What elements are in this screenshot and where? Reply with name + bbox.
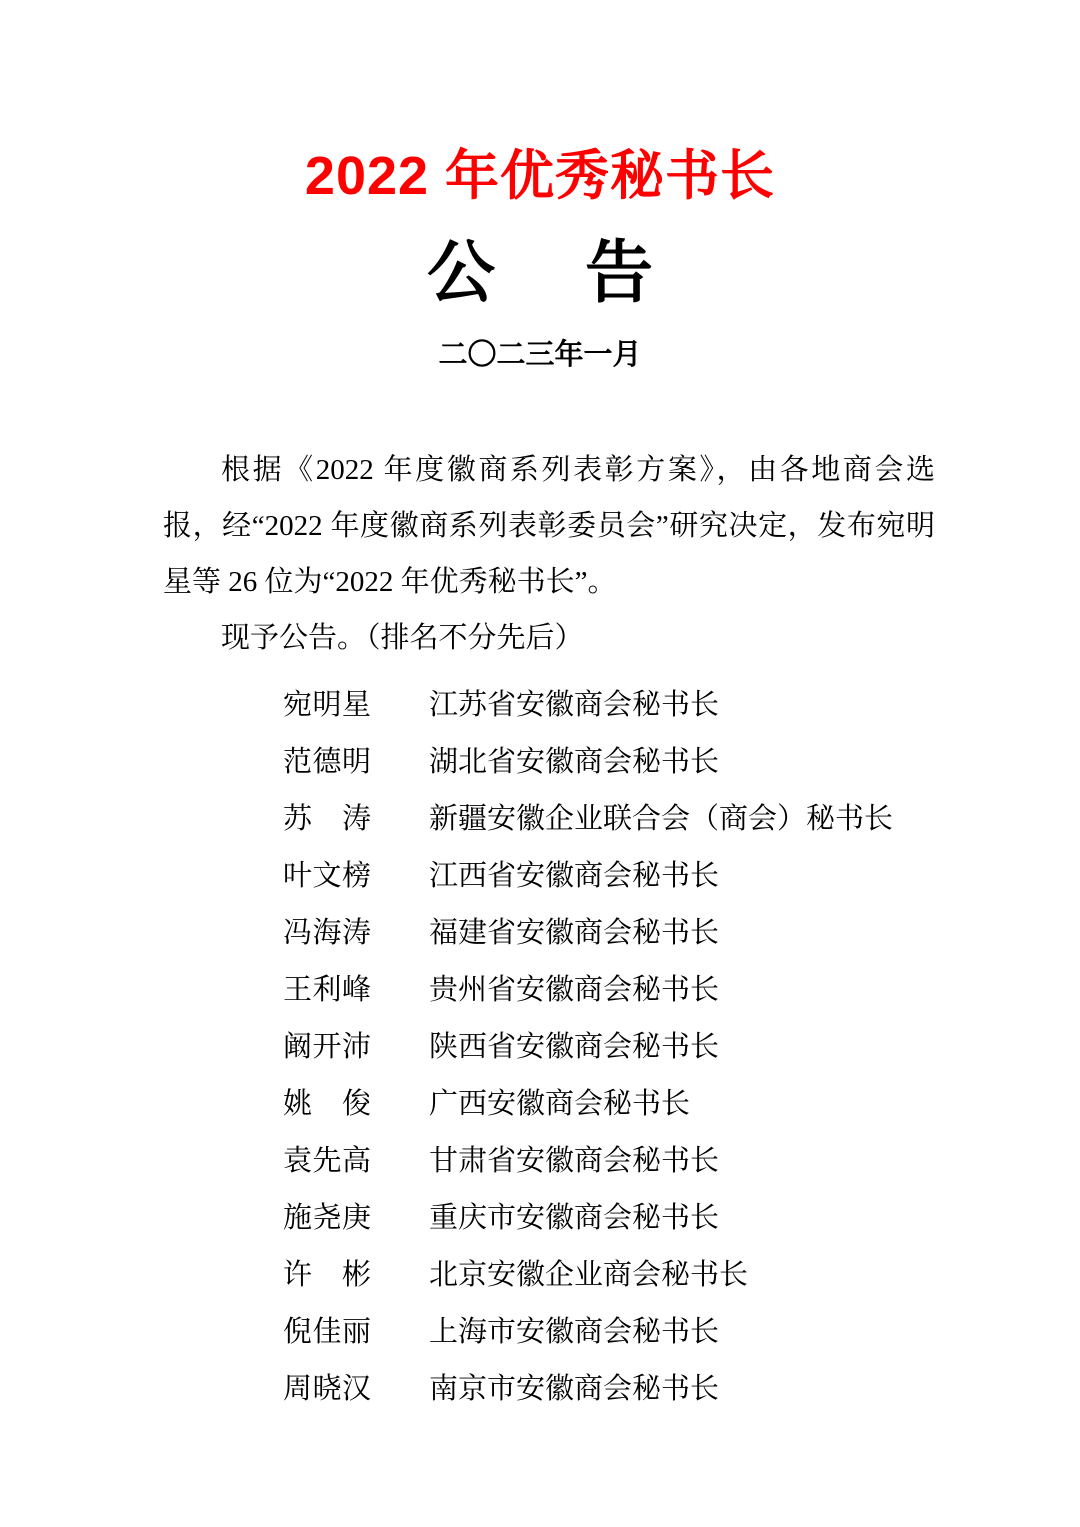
awardee-list: 宛明星 江苏省安徽商会秘书长 范德明 湖北省安徽商会秘书长 苏 涛 新疆安徽企业… (163, 676, 935, 1417)
announcement-page: 2022 年优秀秘书长 公 告 二〇二三年一月 根据《2022 年度徽商系列表彰… (0, 0, 1080, 1527)
awardee-title: 江苏省安徽商会秘书长 (429, 677, 719, 733)
awardee-title: 上海市安徽商会秘书长 (429, 1304, 719, 1360)
main-title-char-2: 告 (585, 234, 653, 312)
awardee-title: 湖北省安徽商会秘书长 (429, 734, 719, 790)
awardee-title: 广西安徽商会秘书长 (429, 1076, 690, 1132)
intro-paragraph: 根据《2022 年度徽商系列表彰方案》，由各地商会选报，经“2022 年度徽商系… (163, 442, 935, 610)
awardee-row: 袁先高 甘肃省安徽商会秘书长 (163, 1132, 935, 1189)
awardee-row: 倪佳丽 上海市安徽商会秘书长 (163, 1303, 935, 1360)
awardee-name: 宛明星 (283, 677, 371, 733)
awardee-title: 贵州省安徽商会秘书长 (429, 962, 719, 1018)
awardee-name: 冯海涛 (283, 905, 371, 961)
awardee-name: 叶文榜 (283, 848, 371, 904)
awardee-title: 陕西省安徽商会秘书长 (429, 1019, 719, 1075)
awardee-row: 周晓汉 南京市安徽商会秘书长 (163, 1360, 935, 1417)
awardee-name: 倪佳丽 (283, 1304, 371, 1360)
awardee-name: 袁先高 (283, 1133, 371, 1189)
awardee-title: 新疆安徽企业联合会（商会）秘书长 (429, 791, 893, 847)
awardee-row: 叶文榜 江西省安徽商会秘书长 (163, 847, 935, 904)
awardee-row: 宛明星 江苏省安徽商会秘书长 (163, 676, 935, 733)
document-red-title: 2022 年优秀秘书长 (0, 146, 1080, 206)
awardee-name: 范德明 (283, 734, 371, 790)
document-main-title: 公 告 (0, 234, 1080, 312)
awardee-name: 许 彬 (283, 1247, 371, 1303)
awardee-name: 苏 涛 (283, 791, 371, 847)
awardee-name: 周晓汉 (283, 1361, 371, 1417)
main-title-char-1: 公 (427, 234, 495, 312)
announce-line: 现予公告。（排名不分先后） (163, 610, 935, 666)
awardee-row: 姚 俊 广西安徽商会秘书长 (163, 1075, 935, 1132)
awardee-name: 施尧庚 (283, 1190, 371, 1246)
awardee-name: 阚开沛 (283, 1019, 371, 1075)
awardee-title: 甘肃省安徽商会秘书长 (429, 1133, 719, 1189)
awardee-row: 范德明 湖北省安徽商会秘书长 (163, 733, 935, 790)
awardee-title: 北京安徽企业商会秘书长 (429, 1247, 748, 1303)
awardee-title: 重庆市安徽商会秘书长 (429, 1190, 719, 1246)
awardee-title: 江西省安徽商会秘书长 (429, 848, 719, 904)
awardee-name: 王利峰 (283, 962, 371, 1018)
awardee-name: 姚 俊 (283, 1076, 371, 1132)
awardee-row: 冯海涛 福建省安徽商会秘书长 (163, 904, 935, 961)
awardee-row: 王利峰 贵州省安徽商会秘书长 (163, 961, 935, 1018)
awardee-row: 施尧庚 重庆市安徽商会秘书长 (163, 1189, 935, 1246)
document-body: 根据《2022 年度徽商系列表彰方案》，由各地商会选报，经“2022 年度徽商系… (163, 442, 935, 1417)
awardee-title: 福建省安徽商会秘书长 (429, 905, 719, 961)
awardee-row: 苏 涛 新疆安徽企业联合会（商会）秘书长 (163, 790, 935, 847)
document-date: 二〇二三年一月 (0, 338, 1080, 372)
awardee-title: 南京市安徽商会秘书长 (429, 1361, 719, 1417)
awardee-row: 阚开沛 陕西省安徽商会秘书长 (163, 1018, 935, 1075)
awardee-row: 许 彬 北京安徽企业商会秘书长 (163, 1246, 935, 1303)
